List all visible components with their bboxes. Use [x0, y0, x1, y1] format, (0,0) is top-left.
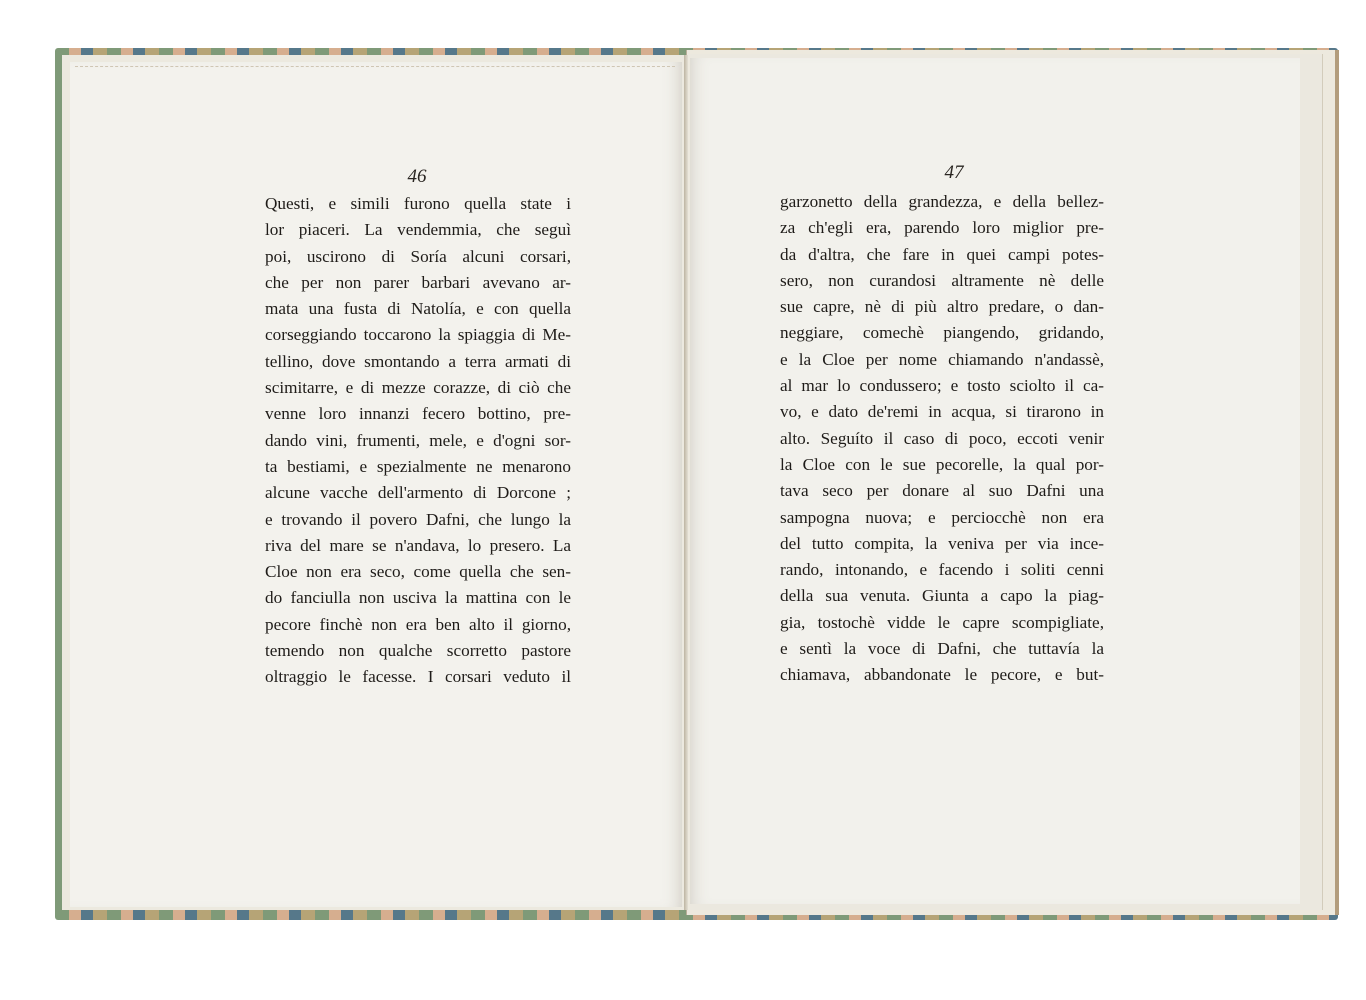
text-line: gia, tostochè vidde le capre scompigliat…	[780, 610, 1104, 636]
text-line: za ch'egli era, parendo loro miglior pre…	[780, 215, 1104, 241]
text-line: da d'altra, che fare in quei campi potes…	[780, 242, 1104, 268]
text-line: che per non parer barbari avevano ar-	[265, 270, 571, 296]
text-line: temendo non qualche scorretto pastore	[265, 638, 571, 664]
text-line: lor piaceri. La vendemmia, che seguì	[265, 217, 571, 243]
text-line: Cloe non era seco, come quella che sen-	[265, 559, 571, 585]
text-line: tellino, dove smontando a terra armati d…	[265, 349, 571, 375]
text-line: do fanciulla non usciva la mattina con l…	[265, 585, 571, 611]
text-line: tava seco per donare al suo Dafni una	[780, 478, 1104, 504]
text-line: sue capre, nè di più altro predare, o da…	[780, 294, 1104, 320]
text-line: del tutto compita, la veniva per via inc…	[780, 531, 1104, 557]
text-line: corseggiando toccarono la spiaggia di Me…	[265, 322, 571, 348]
text-line: della sua venuta. Giunta a capo la piag-	[780, 583, 1104, 609]
deckle-edge	[75, 66, 675, 70]
text-line: scimitarre, e di mezze corazze, di ciò c…	[265, 375, 571, 401]
text-line: al mar lo condussero; e tosto sciolto il…	[780, 373, 1104, 399]
text-line: e sentì la voce di Dafni, che tuttavía l…	[780, 636, 1104, 662]
text-line: neggiare, comechè piangendo, gridando,	[780, 320, 1104, 346]
text-line: vo, e dato de'remi in acqua, si tirarono…	[780, 399, 1104, 425]
left-page-text: Questi, e simili furono quella state ilo…	[265, 191, 571, 691]
text-line: poi, uscirono di Soría alcuni corsari,	[265, 244, 571, 270]
text-line: mata una fusta di Natolía, e con quella	[265, 296, 571, 322]
page-number-left: 46	[387, 166, 447, 188]
right-page-text: garzonetto della grandezza, e della bell…	[780, 189, 1104, 689]
text-line: dando vini, frumenti, mele, e d'ogni sor…	[265, 428, 571, 454]
text-line: rando, intonando, e facendo i soliti cen…	[780, 557, 1104, 583]
page-number-right: 47	[924, 162, 984, 184]
text-line: e la Cloe per nome chiamando n'andassè,	[780, 347, 1104, 373]
text-line: e trovando il povero Dafni, che lungo la	[265, 507, 571, 533]
text-line: pecore finchè non era ben alto il giorno…	[265, 612, 571, 638]
text-line: ta bestiami, e spezialmente ne menarono	[265, 454, 571, 480]
text-line: la Cloe con le sue pecorelle, la qual po…	[780, 452, 1104, 478]
text-line: alcune vacche dell'armento di Dorcone ;	[265, 480, 571, 506]
text-line: sampogna nuova; e perciocchè non era	[780, 505, 1104, 531]
text-line: venne loro innanzi fecero bottino, pre-	[265, 401, 571, 427]
text-line: oltraggio le facesse. I corsari veduto i…	[265, 664, 571, 690]
text-line: sero, non curandosi altramente nè delle	[780, 268, 1104, 294]
text-line: riva del mare se n'andava, lo presero. L…	[265, 533, 571, 559]
text-line: chiamava, abbandonate le pecore, e but-	[780, 662, 1104, 688]
book-gutter	[684, 55, 688, 910]
text-line: alto. Seguíto il caso di poco, eccoti ve…	[780, 426, 1104, 452]
text-line: Questi, e simili furono quella state i	[265, 191, 571, 217]
text-line: garzonetto della grandezza, e della bell…	[780, 189, 1104, 215]
